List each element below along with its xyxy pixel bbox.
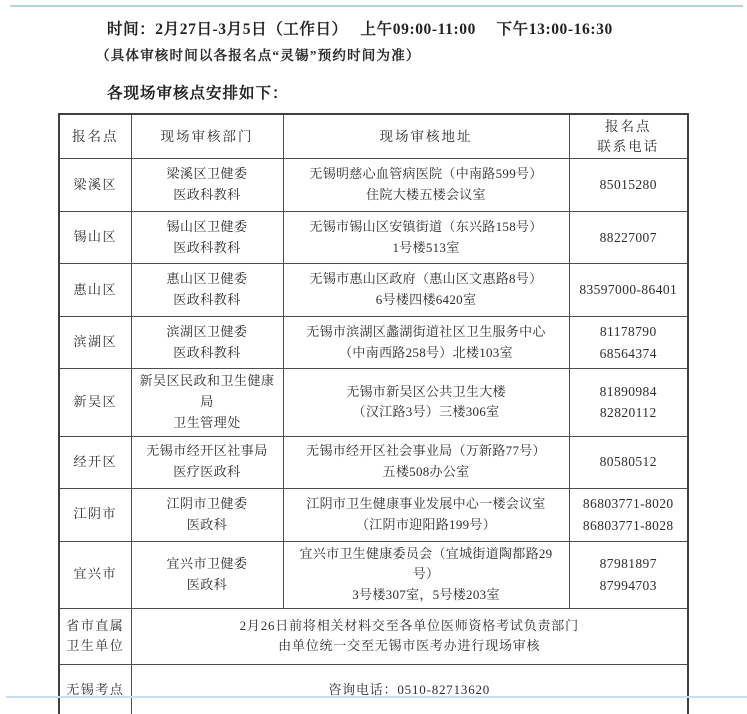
bottom-divider-line: [6, 696, 747, 698]
table-row: 新吴区 新吴区民政和卫生健康局 卫生管理处 无锡市新吴区公共卫生大楼 （汉江路3…: [59, 369, 688, 436]
cell-address: 无锡市锡山区安镇街道（东兴路158号） 1号楼513室: [283, 212, 569, 264]
cell-address: 无锡市惠山区政府（惠山区文惠路8号） 6号楼四楼6420室: [283, 264, 569, 317]
table-row: 梁溪区 梁溪区卫健委 医政科教科 无锡明慈心血管病医院（中南路599号） 住院大…: [59, 159, 688, 212]
cell-address: 无锡市滨湖区蠡湖街道社区卫生服务中心 （中南西路258号）北楼103室: [283, 317, 569, 369]
cell-merged-note: 咨询电话：0510-82713620: [131, 664, 688, 714]
cell-region: 锡山区: [59, 212, 131, 264]
cell-department: 惠山区卫健委 医政科教科: [131, 264, 283, 317]
cell-department: 梁溪区卫健委 医政科教科: [131, 159, 283, 212]
cell-department: 滨湖区卫健委 医政科教科: [131, 317, 283, 369]
cell-address: 江阴市卫生健康事业发展中心一楼会议室 （江阴市迎阳路199号）: [283, 488, 569, 541]
cell-phone: 83597000-86401: [569, 264, 688, 317]
table-row-merged: 省市直属 卫生单位 2月26日前将相关材料交至各单位医师资格考试负责部门 由单位…: [59, 608, 688, 664]
cell-region: 滨湖区: [59, 317, 131, 369]
document-page: 时间：2月27日-3月5日（工作日） 上午09:00-11:00 下午13:00…: [0, 0, 747, 714]
cell-phone: 81178790 68564374: [569, 317, 688, 369]
header-point: 报名点: [59, 114, 131, 159]
cell-phone: 88227007: [569, 212, 688, 264]
cell-address: 无锡明慈心血管病医院（中南路599号） 住院大楼五楼会议室: [283, 159, 569, 212]
table-header-row: 报名点 现场审核部门 现场审核地址 报名点 联系电话: [59, 114, 688, 159]
cell-department: 无锡市经开区社事局 医疗医政科: [131, 436, 283, 488]
cell-department: 锡山区卫健委 医政科教科: [131, 212, 283, 264]
cell-region: 江阴市: [59, 488, 131, 541]
cell-phone: 87981897 87994703: [569, 541, 688, 608]
cell-address: 宜兴市卫生健康委员会（宜城街道陶都路29号） 3号楼307室，5号楼203室: [283, 541, 569, 608]
table-caption-line: 各现场审核点安排如下：: [107, 81, 289, 103]
table-row: 宜兴市 宜兴市卫健委 医政科 宜兴市卫生健康委员会（宜城街道陶都路29号） 3号…: [59, 541, 688, 608]
verification-points-table: 报名点 现场审核部门 现场审核地址 报名点 联系电话 梁溪区 梁溪区卫健委 医政…: [58, 113, 689, 714]
table-row-merged: 无锡考点 咨询电话：0510-82713620: [59, 664, 688, 714]
cell-phone: 81890984 82820112: [569, 369, 688, 436]
cell-address: 无锡市经开区社会事业局（万新路77号） 五楼508办公室: [283, 436, 569, 488]
table-row: 滨湖区 滨湖区卫健委 医政科教科 无锡市滨湖区蠡湖街道社区卫生服务中心 （中南西…: [59, 317, 688, 369]
cell-region: 梁溪区: [59, 159, 131, 212]
table-row: 锡山区 锡山区卫健委 医政科教科 无锡市锡山区安镇街道（东兴路158号） 1号楼…: [59, 212, 688, 264]
top-divider-line: [10, 5, 743, 7]
table-row: 江阴市 江阴市卫健委 医政科 江阴市卫生健康事业发展中心一楼会议室 （江阴市迎阳…: [59, 488, 688, 541]
cell-address: 无锡市新吴区公共卫生大楼 （汉江路3号）三楼306室: [283, 369, 569, 436]
cell-department: 宜兴市卫健委 医政科: [131, 541, 283, 608]
cell-region: 无锡考点: [59, 664, 131, 714]
cell-phone: 86803771-8020 86803771-8028: [569, 488, 688, 541]
cell-region: 宜兴市: [59, 541, 131, 608]
cell-region: 经开区: [59, 436, 131, 488]
cell-merged-note: 2月26日前将相关材料交至各单位医师资格考试负责部门 由单位统一交至无锡市医考办…: [131, 608, 688, 664]
schedule-time-line: 时间：2月27日-3月5日（工作日） 上午09:00-11:00 下午13:00…: [107, 17, 613, 39]
cell-phone: 80580512: [569, 436, 688, 488]
header-dept: 现场审核部门: [131, 114, 283, 159]
cell-phone: 85015280: [569, 159, 688, 212]
header-addr: 现场审核地址: [283, 114, 569, 159]
cell-department: 江阴市卫健委 医政科: [131, 488, 283, 541]
table-row: 经开区 无锡市经开区社事局 医疗医政科 无锡市经开区社会事业局（万新路77号） …: [59, 436, 688, 488]
table-row: 惠山区 惠山区卫健委 医政科教科 无锡市惠山区政府（惠山区文惠路8号） 6号楼四…: [59, 264, 688, 317]
cell-department: 新吴区民政和卫生健康局 卫生管理处: [131, 369, 283, 436]
cell-region: 新吴区: [59, 369, 131, 436]
header-phone: 报名点 联系电话: [569, 114, 688, 159]
schedule-note-line: （具体审核时间以各报名点“灵锡”预约时间为准）: [96, 44, 421, 64]
cell-region: 惠山区: [59, 264, 131, 317]
cell-region: 省市直属 卫生单位: [59, 608, 131, 664]
